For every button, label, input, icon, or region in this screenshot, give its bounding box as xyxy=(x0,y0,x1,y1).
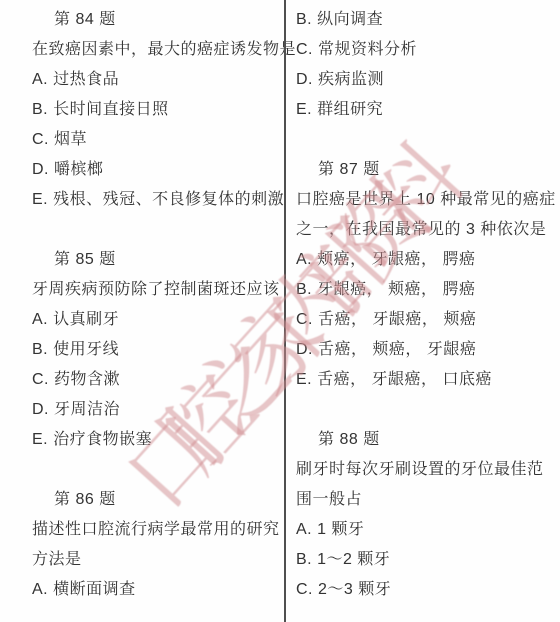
question-text-line: 围一般占 xyxy=(296,485,558,515)
question-text-line: A. 认真刷牙 xyxy=(32,305,282,335)
question-number-heading: 第 87 题 xyxy=(296,155,558,185)
question-text-line: B. 1～2 颗牙 xyxy=(296,545,558,575)
question-text-line: D. 疾病监测 xyxy=(296,65,558,95)
question-text-line: 之一，在我国最常见的 3 种依次是 xyxy=(296,215,558,245)
question-text-line: 口腔癌是世界上 10 种最常见的癌症 xyxy=(296,185,558,215)
question-text-line: C. 药物含漱 xyxy=(32,365,282,395)
question-text-line: B. 牙龈癌， 颊癌， 腭癌 xyxy=(296,275,558,305)
question-text-line: A. 1 颗牙 xyxy=(296,515,558,545)
question-text-line: D. 嚼槟榔 xyxy=(32,155,282,185)
question-text-line: C. 舌癌， 牙龈癌， 颊癌 xyxy=(296,305,558,335)
question-text-line: A. 横断面调查 xyxy=(32,575,282,605)
question-text-line: 刷牙时每次牙刷设置的牙位最佳范 xyxy=(296,455,558,485)
question-text-line: C. 2～3 颗牙 xyxy=(296,575,558,605)
question-text-line: C. 常规资料分析 xyxy=(296,35,558,65)
question-text-line: B. 使用牙线 xyxy=(32,335,282,365)
question-text-line: B. 长时间直接日照 xyxy=(32,95,282,125)
question-column-right: B. 纵向调查C. 常规资料分析D. 疾病监测E. 群组研究第 87 题口腔癌是… xyxy=(296,0,558,605)
question-number-heading: 第 86 题 xyxy=(32,485,282,515)
column-divider-line xyxy=(284,0,286,622)
question-text-line: E. 残根、残冠、不良修复体的刺激 xyxy=(32,185,282,215)
question-text-line: E. 舌癌， 牙龈癌， 口底癌 xyxy=(296,365,558,395)
question-number-heading: 第 85 题 xyxy=(32,245,282,275)
question-text-line: A. 过热食品 xyxy=(32,65,282,95)
question-column-left: 第 84 题在致癌因素中，最大的癌症诱发物是A. 过热食品B. 长时间直接日照C… xyxy=(32,0,282,605)
question-text-line: A. 颊癌， 牙龈癌， 腭癌 xyxy=(296,245,558,275)
question-text-line: D. 舌癌， 颊癌， 牙龈癌 xyxy=(296,335,558,365)
question-text-line: E. 治疗食物嵌塞 xyxy=(32,425,282,455)
question-number-heading: 第 84 题 xyxy=(32,5,282,35)
question-text-line: 方法是 xyxy=(32,545,282,575)
exam-document-page: 口腔之家内部资料 第 84 题在致癌因素中，最大的癌症诱发物是A. 过热食品B.… xyxy=(0,0,560,622)
question-text-line: C. 烟草 xyxy=(32,125,282,155)
question-text-line: 描述性口腔流行病学最常用的研究 xyxy=(32,515,282,545)
question-number-heading: 第 88 题 xyxy=(296,425,558,455)
question-text-line: 牙周疾病预防除了控制菌斑还应该 xyxy=(32,275,282,305)
question-text-line: B. 纵向调查 xyxy=(296,5,558,35)
question-text-line: E. 群组研究 xyxy=(296,95,558,125)
question-text-line: 在致癌因素中，最大的癌症诱发物是 xyxy=(32,35,282,65)
question-text-line: D. 牙周洁治 xyxy=(32,395,282,425)
